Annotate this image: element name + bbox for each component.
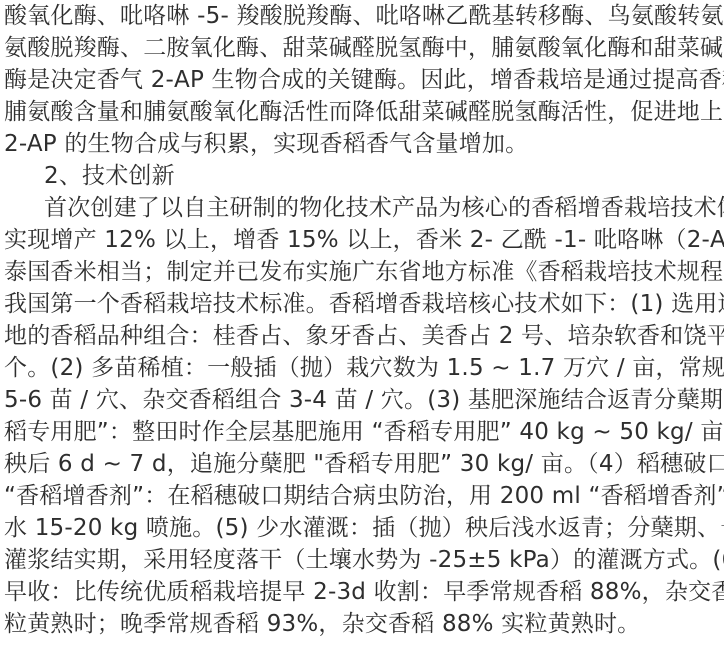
paragraph-2-line-12: 灌浆结实期，采用轻度落干（土壤水势为 -25±5 kPa）的灌溉方式。(6) 适… <box>4 544 720 576</box>
paragraph-2-line-9: 秧后 6 d ~ 7 d，追施分蘖肥 "香稻专用肥” 30 kg/ 亩。（4）稻… <box>4 448 720 480</box>
paragraph-2-line-13: 早收：比传统优质稻栽培提早 2-3d 收割：早季常规香稻 88%，杂交香稻 83… <box>4 576 720 608</box>
paragraph-2-line-8: 稻专用肥”：整田时作全层基肥施用 “香稻专用肥” 40 kg ~ 50 kg/ … <box>4 416 720 448</box>
paragraph-2-line-10: “香稻增香剂”：在稻穗破口期结合病虫防治，用 200 ml “香稻增香剂” / … <box>4 480 720 512</box>
paragraph-2-line-14: 粒黄熟时；晚季常规香稻 93%，杂交香稻 88% 实粒黄熟时。 <box>4 608 720 640</box>
paragraph-2-line-4: 我国第一个香稻栽培技术标准。香稻增香栽培核心技术如下：(1) 选用适应当 <box>4 288 720 320</box>
paragraph-1-line-1: 酸氧化酶、吡咯啉 -5- 羧酸脱羧酶、吡咯啉乙酰基转移酶、鸟氨酸转氨酶、鸟 <box>4 0 720 32</box>
document-page: 酸氧化酶、吡咯啉 -5- 羧酸脱羧酶、吡咯啉乙酰基转移酶、鸟氨酸转氨酶、鸟 氨酸… <box>0 0 724 647</box>
paragraph-2-line-1: 首次创建了以自主研制的物化技术产品为核心的香稻增香栽培技术体系， <box>44 192 720 224</box>
paragraph-1-line-4: 脯氨酸含量和脯氨酸氧化酶活性而降低甜菜碱醛脱氢酶活性，促进地上部香气 <box>4 96 720 128</box>
paragraph-2-line-7: 5-6 苗 / 穴、杂交香稻组合 3-4 苗 / 穴。(3) 基肥深施结合返青分… <box>4 384 720 416</box>
paragraph-2-line-5: 地的香稻品种组合：桂香占、象牙香占、美香占 2 号、培杂软香和饶平香等 5 <box>4 320 720 352</box>
paragraph-1-line-3: 酶是决定香气 2-AP 生物合成的关键酶。因此，增香栽培是通过提高香稻植株 <box>4 64 720 96</box>
section-heading: 2、技术创新 <box>44 160 720 192</box>
paragraph-1-line-2: 氨酸脱羧酶、二胺氧化酶、甜菜碱醛脱氢酶中，脯氨酸氧化酶和甜菜碱醛脱氢 <box>4 32 720 64</box>
paragraph-1-line-5: 2-AP 的生物合成与积累，实现香稻香气含量增加。 <box>4 128 720 160</box>
paragraph-2-line-2: 实现增产 12% 以上，增香 15% 以上，香米 2- 乙酰 -1- 吡咯啉（2… <box>4 224 720 256</box>
paragraph-2-line-3: 泰国香米相当；制定并已发布实施广东省地方标准《香稻栽培技术规程》，亦是 <box>4 256 720 288</box>
paragraph-2-line-11: 水 15-20 kg 喷施。(5) 少水灌溉：插（抛）秧后浅水返青；分蘖期、长穗… <box>4 512 720 544</box>
paragraph-2-line-6: 个。(2) 多苗稀植：一般插（抛）栽穴数为 1.5 ~ 1.7 万穴 / 亩，常… <box>4 352 720 384</box>
